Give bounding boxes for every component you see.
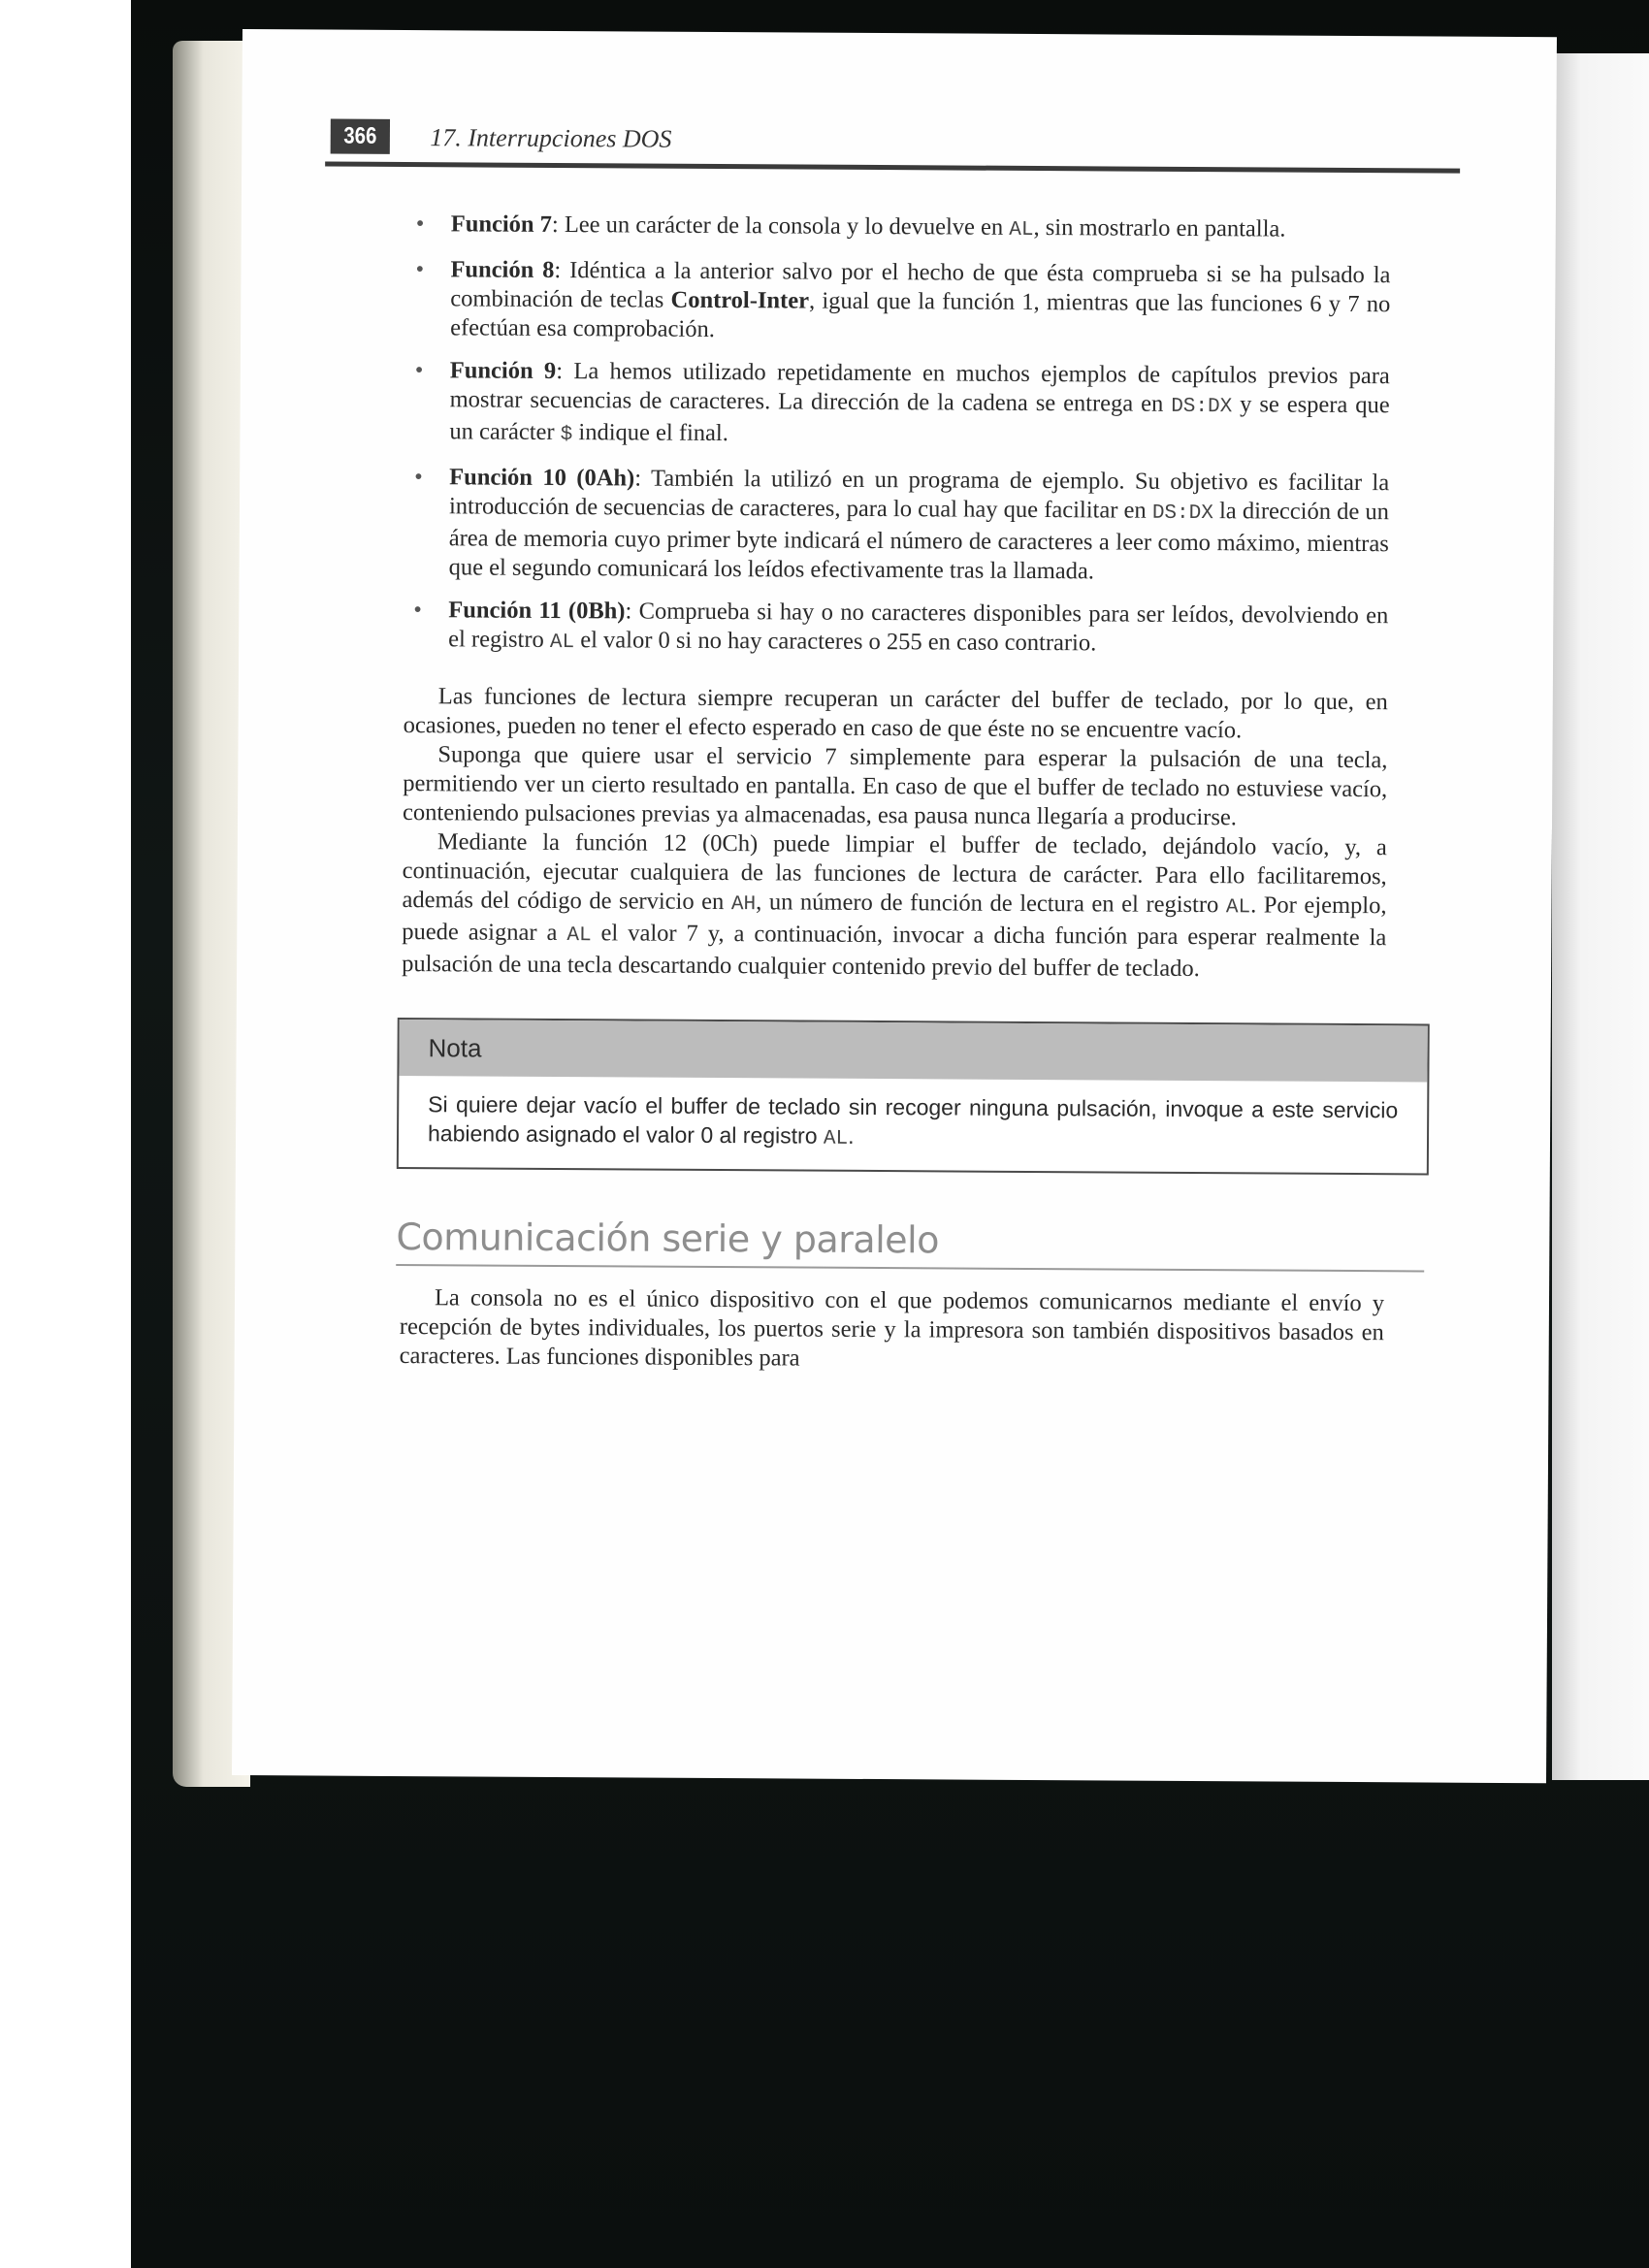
note-box: Nota Si quiere dejar vacío el buffer de … — [397, 1018, 1430, 1175]
paragraph-3: Mediante la función 12 (0Ch) puede limpi… — [402, 827, 1387, 985]
header-rule — [325, 162, 1460, 174]
note-text: Si quiere dejar vacío el buffer de tecla… — [399, 1076, 1428, 1173]
book-page: 366 17. Interrupciones DOS Función 7: Le… — [232, 29, 1557, 1783]
function-list: Función 7: Lee un carácter de la consola… — [413, 210, 1391, 663]
list-item-function-7: Función 7: Lee un carácter de la consola… — [416, 210, 1391, 247]
chapter-title: 17. Interrupciones DOS — [430, 121, 671, 156]
paragraph-2: Suponga que quiere usar el servicio 7 si… — [403, 740, 1388, 833]
list-item-function-10: Función 10 (0Ah): También la utilizó en … — [414, 463, 1390, 588]
list-item-function-11: Función 11 (0Bh): Comprueba si hay o no … — [413, 596, 1388, 663]
body-paragraphs: Las funciones de lectura siempre recuper… — [402, 682, 1388, 985]
page-number: 366 — [331, 119, 390, 154]
section-heading: Comunicación serie y paralelo — [396, 1214, 1384, 1266]
list-item-function-8: Función 8: Idéntica a la anterior salvo … — [415, 255, 1391, 348]
page-content: Función 7: Lee un carácter de la consola… — [409, 210, 1391, 1377]
note-title: Nota — [399, 1020, 1427, 1082]
facing-page-edge — [1552, 53, 1649, 1780]
running-header: 366 17. Interrupciones DOS — [325, 119, 1460, 194]
section-paragraph: La consola no es el único dispositivo co… — [400, 1283, 1385, 1377]
paragraph-1: Las funciones de lectura siempre recuper… — [404, 682, 1388, 746]
list-item-function-9: Función 9: La hemos utilizado repetidame… — [414, 356, 1390, 455]
